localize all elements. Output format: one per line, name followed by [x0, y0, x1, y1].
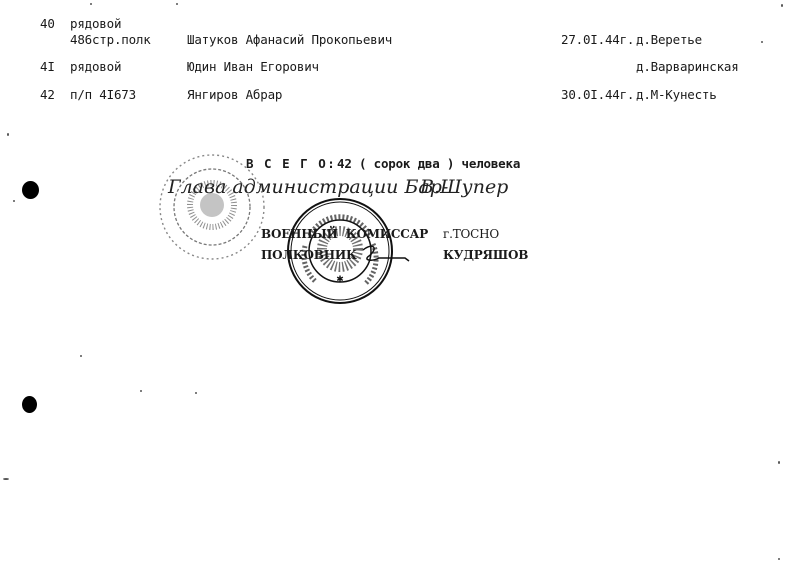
row-number: 4I	[40, 60, 55, 74]
punch-hole-icon	[22, 181, 39, 199]
commissar-title: ВОЕННЫЙ КОМИССАР	[261, 227, 428, 241]
handwritten-signature: В.Шупер	[420, 176, 508, 198]
row-date: 30.0I.44г.	[561, 88, 634, 102]
commissar-surname: КУДРЯШОВ	[443, 248, 528, 262]
row-date: 27.0I.44г.	[561, 33, 634, 47]
punch-hole-icon	[22, 396, 37, 413]
row-name: Юдин Иван Егорович	[187, 60, 319, 74]
speck	[761, 41, 763, 43]
row-rank: рядовой	[70, 60, 121, 74]
commissar-signature-icon	[355, 240, 415, 270]
speck	[778, 461, 780, 464]
total-label: В С Е Г О:	[246, 157, 336, 171]
row-number: 42	[40, 88, 55, 102]
row-place: д.Веретье	[636, 33, 702, 47]
speck	[778, 558, 780, 560]
speck	[3, 478, 9, 480]
row-place: д.М-Кунесть	[636, 88, 717, 102]
svg-text:✱: ✱	[336, 275, 344, 285]
row-place: д.Варваринская	[636, 60, 739, 74]
speck	[7, 133, 9, 136]
archival-document-page: 40 рядовой 486стр.полк Шатуков Афанасий …	[0, 0, 800, 566]
speck	[80, 355, 82, 357]
total-value: 42 ( сорок два ) человека	[337, 157, 520, 171]
commissar-rank: ПОЛКОВНИК	[261, 248, 357, 262]
speck	[13, 200, 15, 202]
row-name: Янгиров Абрар	[187, 88, 282, 102]
handwritten-title: Глава администрации Бар-	[168, 176, 448, 198]
row-number: 40	[40, 17, 55, 31]
row-unit: 486стр.полк	[70, 33, 151, 47]
row-name: Шатуков Афанасий Прокопьевич	[187, 33, 392, 47]
speck	[140, 390, 142, 392]
row-rank: рядовой	[70, 17, 121, 31]
speck	[781, 4, 783, 7]
row-rank: п/п 4I673	[70, 88, 136, 102]
speck	[90, 3, 92, 5]
speck	[195, 392, 197, 394]
speck	[176, 3, 178, 5]
city: г.ТОСНО	[443, 227, 499, 241]
